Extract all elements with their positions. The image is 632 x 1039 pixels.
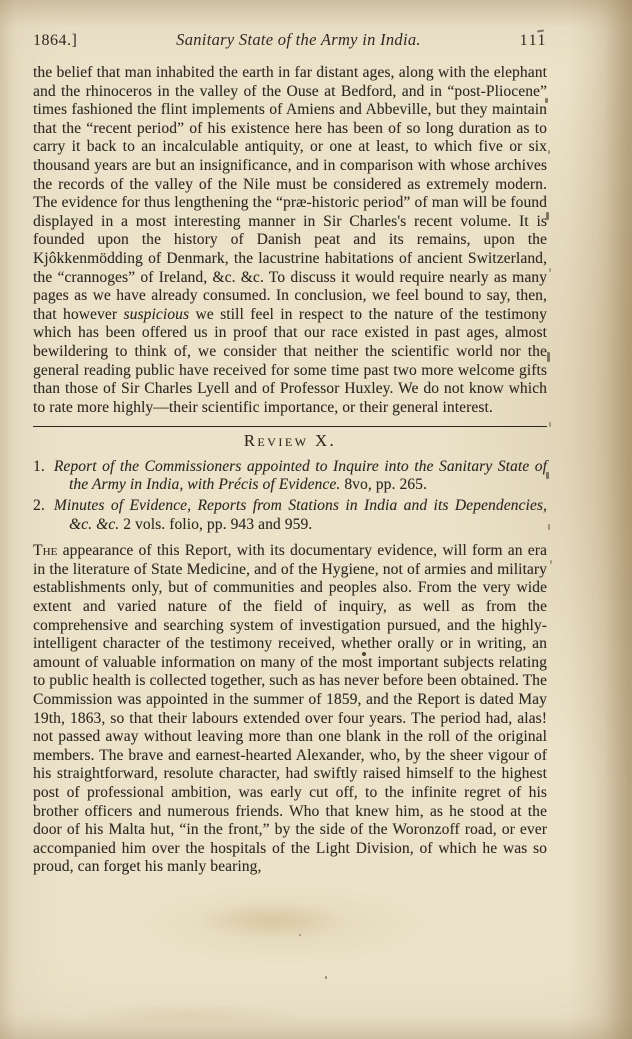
ink-speck <box>549 268 551 272</box>
item-number: 2. <box>33 497 45 514</box>
ink-speck <box>548 150 550 154</box>
review-bibliography-list: 1.Report of the Commissioners appointed … <box>33 458 547 534</box>
ink-speck <box>547 352 550 362</box>
page-number: 111 <box>520 32 547 50</box>
continuation-paragraph: the belief that man inhabited the earth … <box>33 64 547 417</box>
ink-speck <box>550 560 552 564</box>
running-title: Sanitary State of the Army in India. <box>176 30 421 50</box>
item-title: Report of the Commissioners appointed to… <box>54 458 547 494</box>
page-content: the belief that man inhabited the earth … <box>33 64 547 877</box>
item-detail: 2 vols. folio, pp. 943 and 959. <box>123 516 312 533</box>
review-body-paragraph: The appearance of this Report, with its … <box>33 542 547 877</box>
page-header: 1864.] Sanitary State of the Army in Ind… <box>33 30 547 50</box>
paper-stain <box>170 895 370 945</box>
item-number: 1. <box>33 458 45 475</box>
paragraph-text: appearance of this Report, with its docu… <box>33 542 547 875</box>
section-divider-rule <box>33 426 547 427</box>
paragraph-text-italic: suspicious <box>123 306 189 323</box>
review-item-2: 2.Minutes of Evidence, Reports from Stat… <box>33 497 547 534</box>
ink-dot <box>299 934 301 936</box>
review-item-1: 1.Report of the Commissioners appointed … <box>33 458 547 495</box>
paper-stain <box>40 1000 340 1030</box>
ink-speck <box>549 422 551 427</box>
paragraph-lead-word: The <box>33 542 57 559</box>
ink-speck <box>548 524 550 530</box>
ink-dot <box>325 976 327 979</box>
paragraph-text: the belief that man inhabited the earth … <box>33 64 547 323</box>
review-heading: Review X. <box>33 432 547 451</box>
item-detail: 8vo, pp. 265. <box>344 476 427 493</box>
header-year: 1864.] <box>33 32 77 50</box>
book-page: 1864.] Sanitary State of the Army in Ind… <box>0 0 632 1039</box>
